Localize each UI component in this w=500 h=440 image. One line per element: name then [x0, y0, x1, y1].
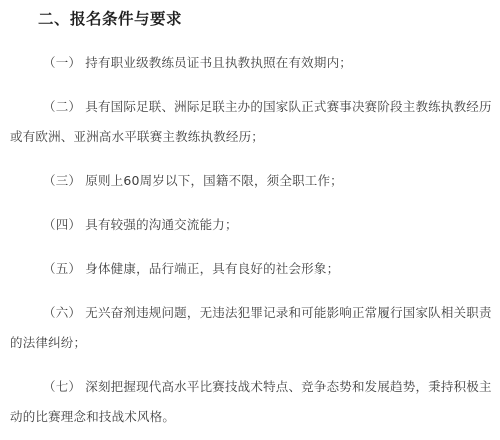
- requirement-item-1: （一） 持有职业级教练员证书且执教执照在有效期内；: [10, 48, 492, 78]
- requirement-item-2: （二） 具有国际足联、洲际足联主办的国家队正式赛事决赛阶段主教练执教经历或有欧洲…: [10, 92, 492, 152]
- document-page: 二、报名条件与要求 （一） 持有职业级教练员证书且执教执照在有效期内； （二） …: [0, 0, 500, 440]
- requirement-item-7: （七） 深刻把握现代高水平比赛技战术特点、竞争态势和发展趋势，秉持积极主动的比赛…: [10, 372, 492, 432]
- requirement-item-4: （四） 具有较强的沟通交流能力；: [10, 210, 492, 240]
- requirement-item-6: （六） 无兴奋剂违规问题，无违法犯罪记录和可能影响正常履行国家队相关职责的法律纠…: [10, 298, 492, 358]
- requirement-item-5: （五） 身体健康，品行端正，具有良好的社会形象；: [10, 254, 492, 284]
- requirement-item-3: （三） 原则上60周岁以下，国籍不限，须全职工作；: [10, 166, 492, 196]
- section-heading: 二、报名条件与要求: [10, 8, 492, 30]
